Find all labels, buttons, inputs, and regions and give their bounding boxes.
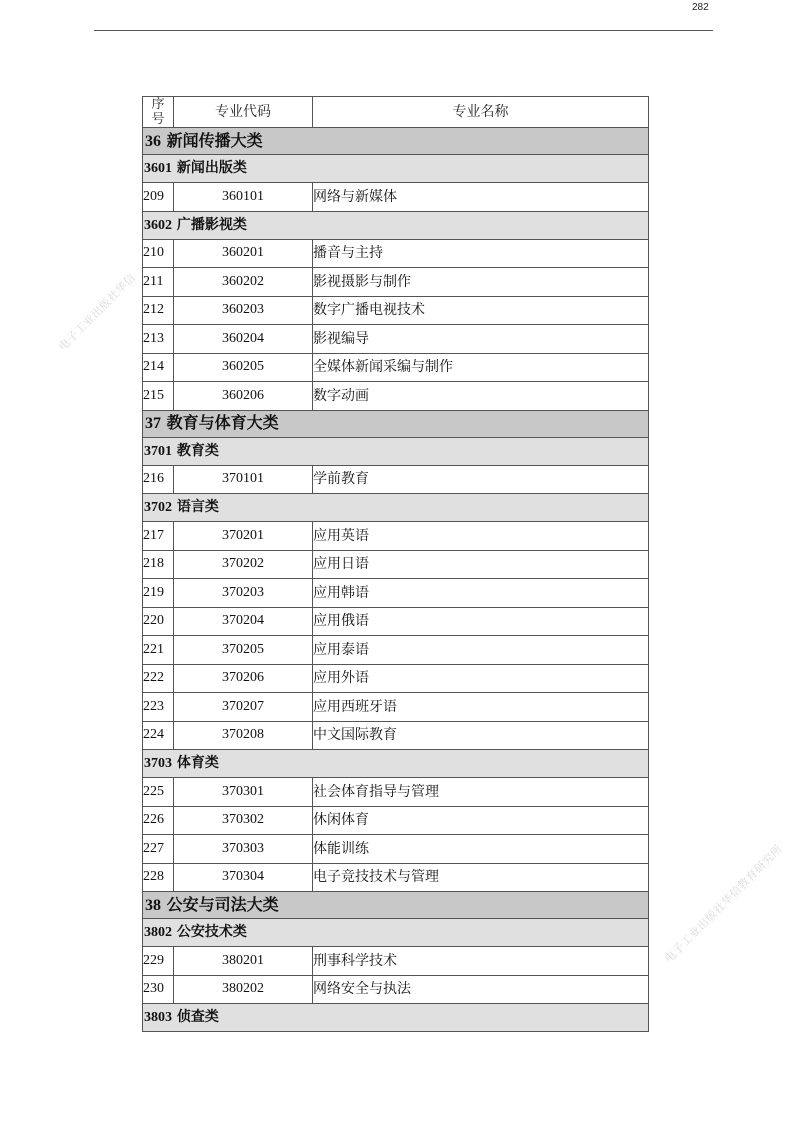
- header-name: 专业名称: [313, 97, 649, 128]
- seq-cell: 219: [143, 579, 174, 608]
- watermark: 电子工业出版社华信教育研究所: [661, 841, 786, 966]
- table-row: 230380202网络安全与执法: [143, 975, 649, 1004]
- name-cell: 播音与主持: [313, 239, 649, 268]
- table-row: 223370207应用西班牙语: [143, 693, 649, 722]
- subcategory-row: 3701 教育类: [143, 437, 649, 465]
- code-cell: 360204: [174, 325, 313, 354]
- table-row: 218370202应用日语: [143, 550, 649, 579]
- subcategory-cell: 3601 新闻出版类: [143, 155, 649, 183]
- code-cell: 370203: [174, 579, 313, 608]
- code-cell: 370207: [174, 693, 313, 722]
- table-row: 217370201应用英语: [143, 522, 649, 551]
- category-code: 38: [145, 897, 161, 914]
- category-label: 新闻传播大类: [167, 131, 263, 150]
- table-row: 222370206应用外语: [143, 664, 649, 693]
- table-row: 226370302休闲体育: [143, 806, 649, 835]
- table-row: 216370101学前教育: [143, 465, 649, 494]
- subcategory-label: 体育类: [177, 755, 219, 771]
- subcategory-cell: 3602 广播影视类: [143, 211, 649, 239]
- name-cell: 应用俄语: [313, 607, 649, 636]
- majors-table: 序 号 专业代码 专业名称 36 新闻传播大类3601 新闻出版类2093601…: [142, 96, 649, 1032]
- header-seq-line: 号: [143, 112, 173, 127]
- name-cell: 影视编导: [313, 325, 649, 354]
- seq-cell: 212: [143, 296, 174, 325]
- seq-cell: 224: [143, 721, 174, 750]
- table-header-row: 序 号 专业代码 专业名称: [143, 97, 649, 128]
- subcategory-code: 3803: [144, 1010, 172, 1025]
- name-cell: 应用英语: [313, 522, 649, 551]
- seq-cell: 221: [143, 636, 174, 665]
- code-cell: 360206: [174, 382, 313, 411]
- category-row: 37 教育与体育大类: [143, 410, 649, 437]
- subcategory-code: 3802: [144, 925, 172, 940]
- code-cell: 370205: [174, 636, 313, 665]
- subcategory-row: 3702 语言类: [143, 494, 649, 522]
- category-code: 36: [145, 133, 161, 150]
- header-code: 专业代码: [174, 97, 313, 128]
- subcategory-row: 3803 侦查类: [143, 1004, 649, 1032]
- table-row: 229380201刑事科学技术: [143, 947, 649, 976]
- subcategory-label: 侦查类: [177, 1009, 219, 1025]
- subcategory-label: 公安技术类: [177, 924, 247, 940]
- seq-cell: 228: [143, 863, 174, 892]
- code-cell: 370201: [174, 522, 313, 551]
- header-seq-line: 序: [143, 97, 173, 112]
- table-row: 227370303体能训练: [143, 835, 649, 864]
- seq-cell: 216: [143, 465, 174, 494]
- code-cell: 370202: [174, 550, 313, 579]
- table-row: 219370203应用韩语: [143, 579, 649, 608]
- code-cell: 360205: [174, 353, 313, 382]
- seq-cell: 226: [143, 806, 174, 835]
- name-cell: 网络与新媒体: [313, 183, 649, 212]
- subcategory-code: 3701: [144, 444, 172, 459]
- name-cell: 应用西班牙语: [313, 693, 649, 722]
- seq-cell: 218: [143, 550, 174, 579]
- code-cell: 360202: [174, 268, 313, 297]
- table-row: 215360206数字动画: [143, 382, 649, 411]
- name-cell: 数字动画: [313, 382, 649, 411]
- header-seq: 序 号: [143, 97, 174, 128]
- table-row: 220370204应用俄语: [143, 607, 649, 636]
- name-cell: 数字广播电视技术: [313, 296, 649, 325]
- seq-cell: 209: [143, 183, 174, 212]
- seq-cell: 223: [143, 693, 174, 722]
- code-cell: 370208: [174, 721, 313, 750]
- name-cell: 应用外语: [313, 664, 649, 693]
- table-row: 221370205应用泰语: [143, 636, 649, 665]
- name-cell: 影视摄影与制作: [313, 268, 649, 297]
- subcategory-label: 新闻出版类: [177, 160, 247, 176]
- name-cell: 全媒体新闻采编与制作: [313, 353, 649, 382]
- code-cell: 370302: [174, 806, 313, 835]
- subcategory-label: 广播影视类: [177, 217, 247, 233]
- seq-cell: 214: [143, 353, 174, 382]
- subcategory-cell: 3701 教育类: [143, 437, 649, 465]
- code-cell: 360203: [174, 296, 313, 325]
- name-cell: 刑事科学技术: [313, 947, 649, 976]
- table-row: 224370208中文国际教育: [143, 721, 649, 750]
- table-row: 228370304电子竞技技术与管理: [143, 863, 649, 892]
- code-cell: 360201: [174, 239, 313, 268]
- category-label: 教育与体育大类: [167, 413, 279, 432]
- code-cell: 380202: [174, 975, 313, 1004]
- seq-cell: 225: [143, 778, 174, 807]
- subcategory-label: 教育类: [177, 443, 219, 459]
- table-row: 212360203数字广播电视技术: [143, 296, 649, 325]
- category-code: 37: [145, 415, 161, 432]
- name-cell: 中文国际教育: [313, 721, 649, 750]
- subcategory-code: 3703: [144, 756, 172, 771]
- subcategory-row: 3602 广播影视类: [143, 211, 649, 239]
- table-row: 209360101网络与新媒体: [143, 183, 649, 212]
- table-row: 225370301社会体育指导与管理: [143, 778, 649, 807]
- code-cell: 360101: [174, 183, 313, 212]
- category-cell: 36 新闻传播大类: [143, 128, 649, 155]
- seq-cell: 229: [143, 947, 174, 976]
- header-rule: [94, 30, 713, 31]
- seq-cell: 211: [143, 268, 174, 297]
- table-body: 36 新闻传播大类3601 新闻出版类209360101网络与新媒体3602 广…: [143, 128, 649, 1032]
- name-cell: 电子竞技技术与管理: [313, 863, 649, 892]
- subcategory-code: 3602: [144, 218, 172, 233]
- seq-cell: 222: [143, 664, 174, 693]
- subcategory-label: 语言类: [177, 499, 219, 515]
- code-cell: 370206: [174, 664, 313, 693]
- subcategory-cell: 3702 语言类: [143, 494, 649, 522]
- code-cell: 380201: [174, 947, 313, 976]
- table-row: 213360204影视编导: [143, 325, 649, 354]
- category-cell: 37 教育与体育大类: [143, 410, 649, 437]
- subcategory-row: 3802 公安技术类: [143, 919, 649, 947]
- name-cell: 网络安全与执法: [313, 975, 649, 1004]
- name-cell: 应用日语: [313, 550, 649, 579]
- page-number: 282: [692, 2, 709, 13]
- subcategory-row: 3703 体育类: [143, 750, 649, 778]
- table-row: 211360202影视摄影与制作: [143, 268, 649, 297]
- name-cell: 体能训练: [313, 835, 649, 864]
- subcategory-cell: 3803 侦查类: [143, 1004, 649, 1032]
- code-cell: 370304: [174, 863, 313, 892]
- subcategory-row: 3601 新闻出版类: [143, 155, 649, 183]
- seq-cell: 227: [143, 835, 174, 864]
- subcategory-code: 3702: [144, 500, 172, 515]
- code-cell: 370303: [174, 835, 313, 864]
- category-row: 36 新闻传播大类: [143, 128, 649, 155]
- name-cell: 休闲体育: [313, 806, 649, 835]
- seq-cell: 230: [143, 975, 174, 1004]
- category-cell: 38 公安与司法大类: [143, 892, 649, 919]
- name-cell: 学前教育: [313, 465, 649, 494]
- seq-cell: 210: [143, 239, 174, 268]
- code-cell: 370301: [174, 778, 313, 807]
- table-row: 210360201播音与主持: [143, 239, 649, 268]
- seq-cell: 220: [143, 607, 174, 636]
- name-cell: 应用韩语: [313, 579, 649, 608]
- name-cell: 社会体育指导与管理: [313, 778, 649, 807]
- table-row: 214360205全媒体新闻采编与制作: [143, 353, 649, 382]
- seq-cell: 213: [143, 325, 174, 354]
- code-cell: 370204: [174, 607, 313, 636]
- subcategory-cell: 3802 公安技术类: [143, 919, 649, 947]
- category-label: 公安与司法大类: [167, 895, 279, 914]
- code-cell: 370101: [174, 465, 313, 494]
- watermark: 电子工业出版社华信: [55, 270, 139, 354]
- subcategory-cell: 3703 体育类: [143, 750, 649, 778]
- subcategory-code: 3601: [144, 161, 172, 176]
- seq-cell: 215: [143, 382, 174, 411]
- category-row: 38 公安与司法大类: [143, 892, 649, 919]
- name-cell: 应用泰语: [313, 636, 649, 665]
- seq-cell: 217: [143, 522, 174, 551]
